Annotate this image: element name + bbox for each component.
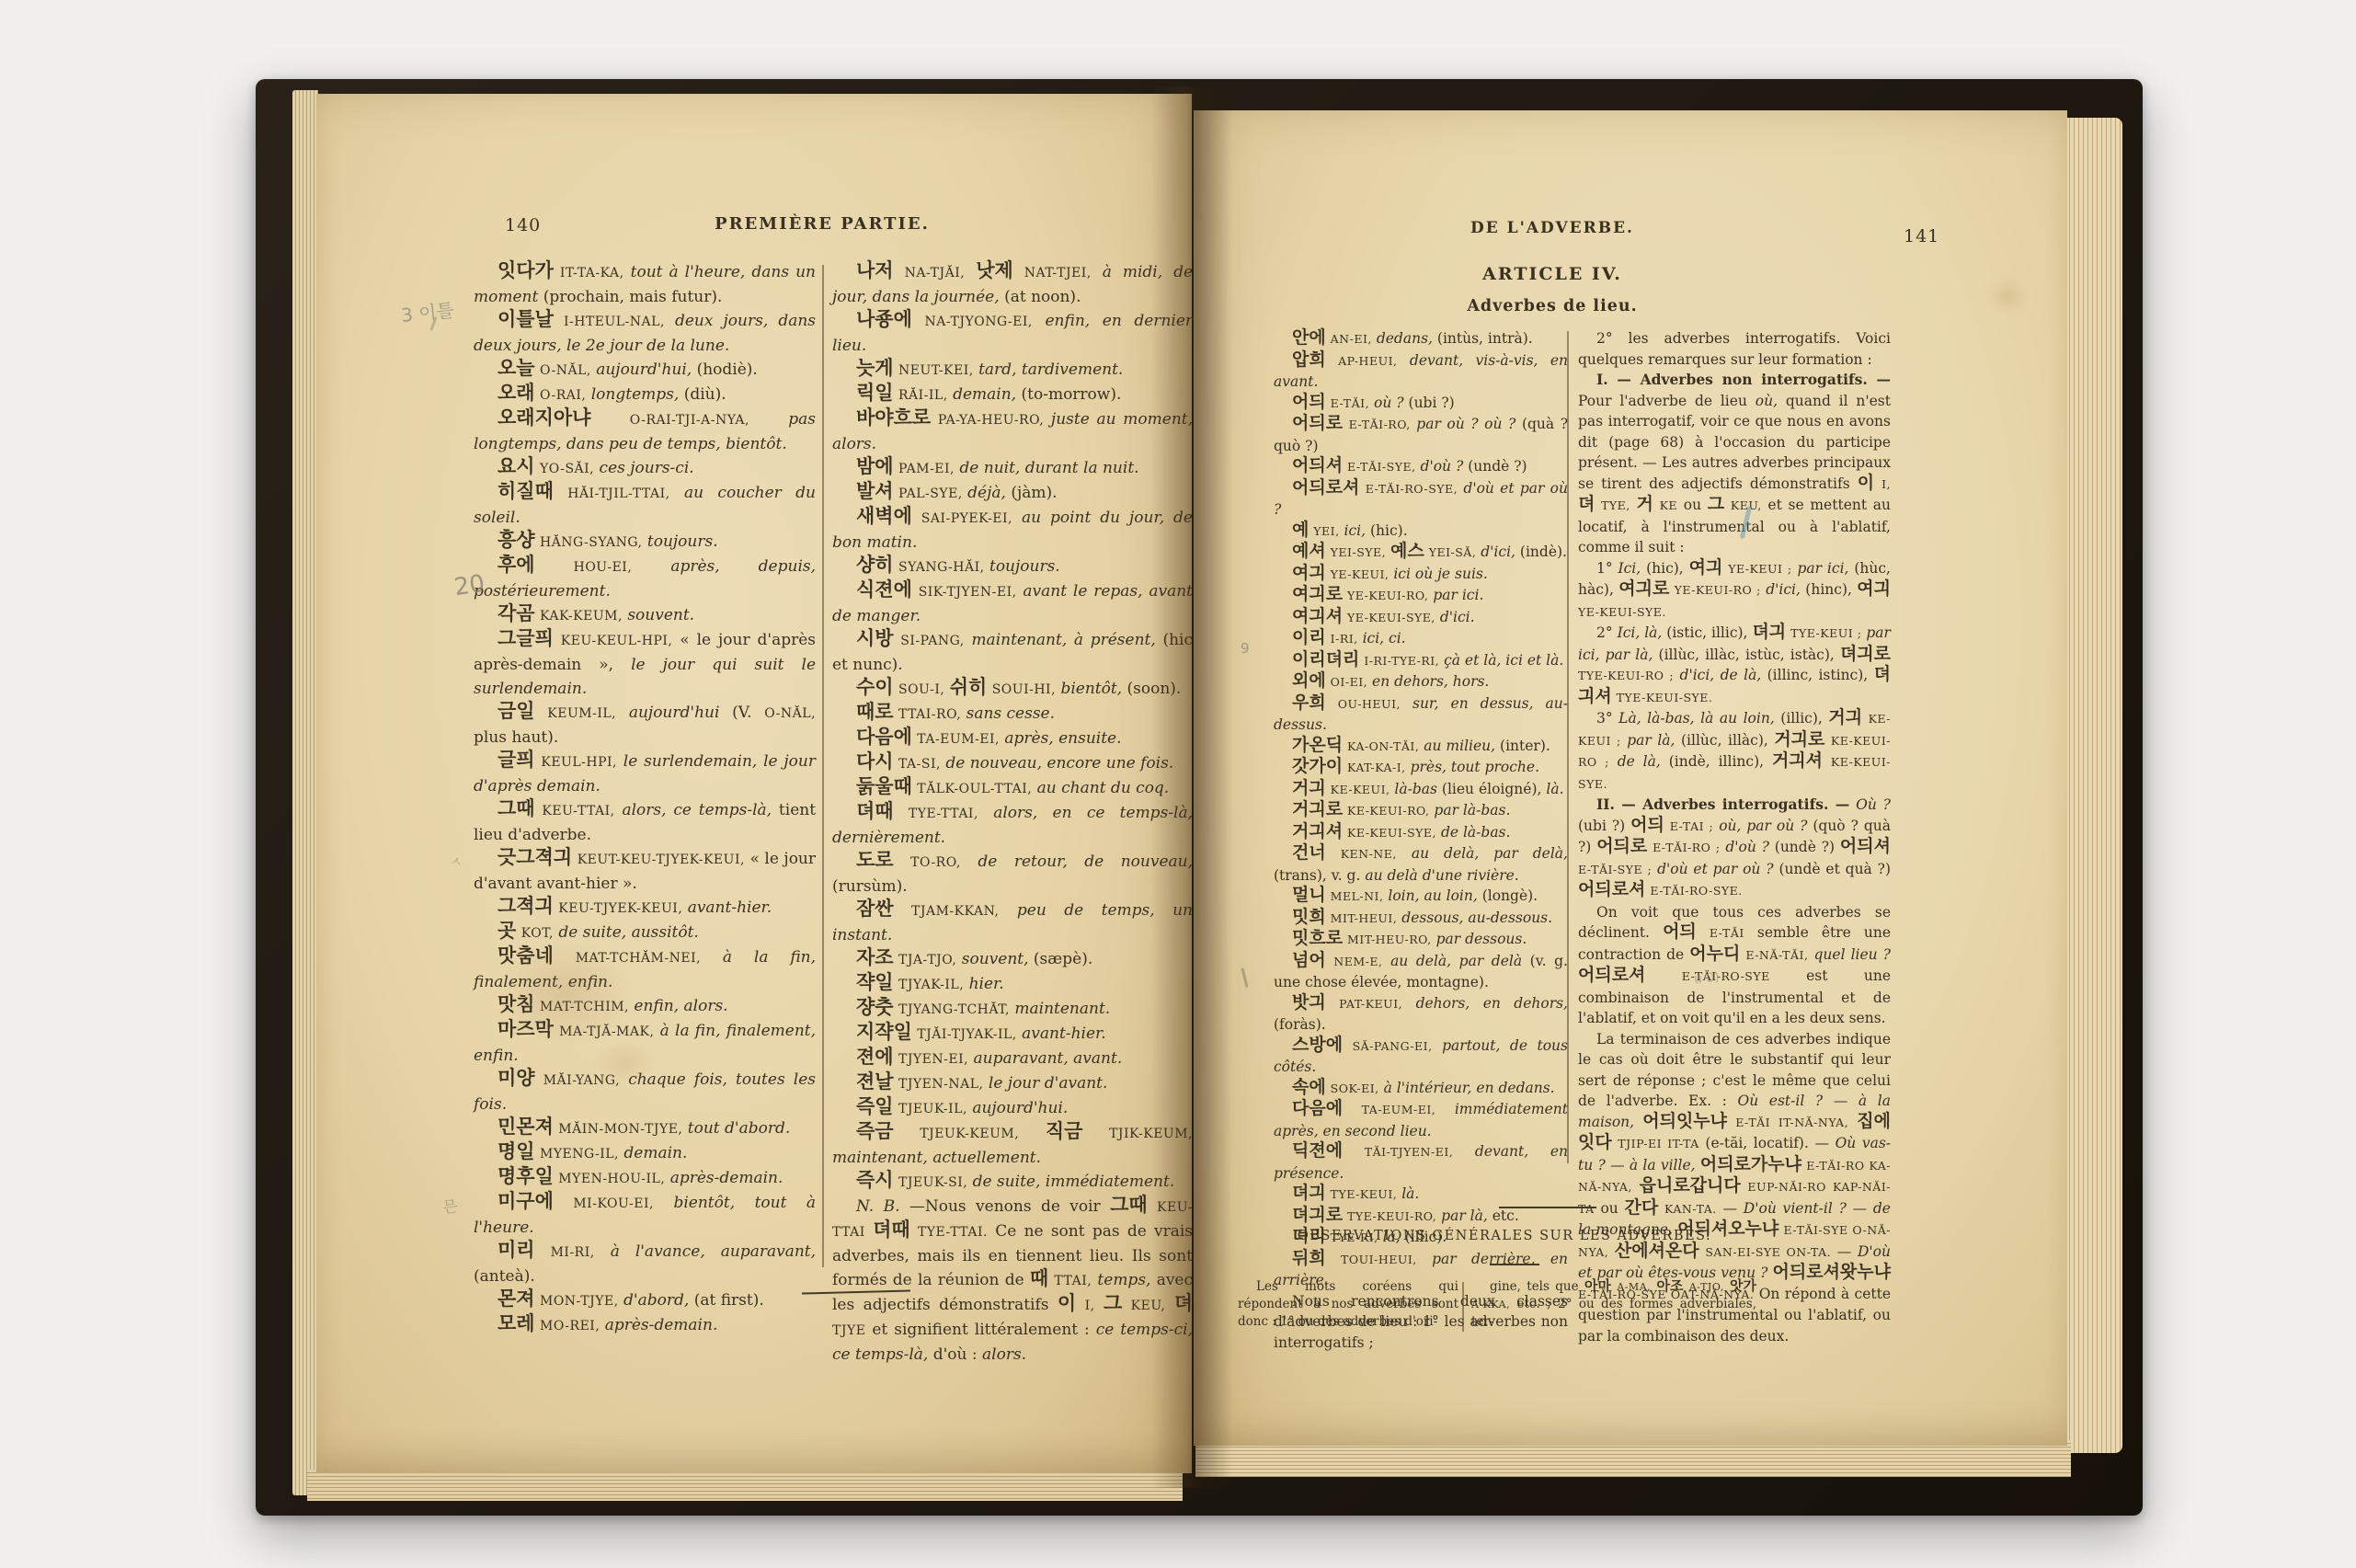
romanization: KEUM-IL, <box>547 706 616 721</box>
text-run: tout d'abord. <box>688 1119 790 1138</box>
page-edges-left <box>292 90 318 1495</box>
text-run: dehors, en dehors, <box>1416 995 1568 1012</box>
text-run: gine, tels que <box>1490 1279 1579 1294</box>
article-title: ARTICLE IV. <box>1276 264 1828 284</box>
romanization: TĂLK-OUL-TTAI, <box>917 782 1032 796</box>
korean-text: 어듸로 <box>1292 413 1343 433</box>
text-run: etc. <box>1493 1207 1519 1224</box>
text-run: par dessous. <box>1436 931 1527 947</box>
dictionary-entry: 릭일 RĂI-IL, demain, (to-morrow). <box>832 383 1193 407</box>
romanization: TA-SI, <box>898 757 941 772</box>
dictionary-entry: 딕젼에 TĂI-TJYEN-EI, devant, en présence. <box>1274 1141 1568 1184</box>
paragraph: gine, tels que 아마 A-MA, 아조 A-TJO, 앗가 A-K… <box>1471 1278 1756 1331</box>
romanization: TYE-KEUI, <box>1331 1187 1398 1201</box>
observations-top-rule <box>1499 1207 1596 1208</box>
right-running-title: DE L'ADVERBE. <box>1276 219 1828 237</box>
korean-text: 바야흐로 <box>856 406 931 429</box>
text-run: (foràs). <box>1274 1016 1326 1033</box>
romanization: MA-TJĂ-MAK, <box>559 1024 654 1039</box>
romanization: TOUI-HEUI, <box>1341 1253 1417 1266</box>
handwritten-annotation: 믄 <box>440 1193 459 1218</box>
text-run: là. <box>1401 1185 1419 1202</box>
romanization: TYE-KEUI-RO, <box>1347 1209 1436 1223</box>
paragraph: 1° Ici, (hic), 여긔 YE-KEUI ; par ici, (hù… <box>1578 558 1891 624</box>
text-run: ici, <box>1344 522 1367 539</box>
romanization: SOU-I, <box>898 682 944 697</box>
text-run: d'ici, <box>1766 581 1801 598</box>
korean-text: 즉시 <box>856 1169 894 1191</box>
dictionary-entry: 뎌때 TYE-TTAI, alors, en ce temps-là, dern… <box>832 801 1193 850</box>
korean-text: 둙울때 <box>856 775 912 797</box>
text-run: d'où et par où ? <box>1657 861 1774 877</box>
text-run: (diù). <box>684 385 726 404</box>
romanization: O-NĂL, <box>764 706 816 721</box>
dictionary-entry: 미양 MĂI-YANG, chaque fois, toutes les foi… <box>474 1068 816 1116</box>
dictionary-entry: 젼날 TJYEN-NAL, le jour d'avant. <box>832 1071 1193 1096</box>
text-run: (prochain, mais futur). <box>543 288 723 306</box>
dictionary-entry: 밤에 PAM-EI, de nuit, durant la nuit. <box>832 456 1193 481</box>
text-run: (illic), <box>1780 710 1823 727</box>
text-run: (indè, illinc), <box>1669 753 1764 770</box>
dictionary-entry: 뎌긔 TYE-KEUI, là. <box>1274 1184 1568 1206</box>
romanization: TJYANG-TCHĂT, <box>898 1002 1010 1017</box>
text-run: temps, <box>1097 1271 1150 1289</box>
dictionary-entry: 늣게 NEUT-KEI, tard, tardivement. <box>832 358 1193 383</box>
romanization: O-RAI-TJI-A-NYA, <box>630 413 749 428</box>
dictionary-entry: 즉금 TJEUK-KEUM, 직금 TJIK-KEUM, maintenant,… <box>832 1121 1193 1170</box>
korean-text: 발셔 <box>856 480 894 502</box>
text-run: par là, <box>1441 1207 1488 1224</box>
korean-text: 넘어 <box>1292 950 1326 970</box>
dictionary-entry: 맛춤네 MAT-TCHĂM-NEI, à la fin, finalement,… <box>474 945 816 994</box>
romanization: TA-EUM-EI, <box>1362 1103 1436 1116</box>
text-run: au chant du coq. <box>1037 779 1170 797</box>
dictionary-entry: 흥샹 HĂNG-SYANG, toujours. <box>474 530 816 555</box>
text-run: (lieu éloigné), <box>1442 781 1542 797</box>
dictionary-entry: 시방 SI-PANG, maintenant, à présent, (hic … <box>832 628 1193 677</box>
romanization: E-TAI ; <box>1670 819 1713 833</box>
romanization: YE-KEUI-RO ; <box>1675 583 1761 597</box>
romanization: KEU-TTAI, <box>542 804 614 818</box>
paragraph: I. — Adverbes non interrogatifs. — Pour … <box>1578 370 1891 558</box>
korean-text: 글픠 <box>498 749 535 771</box>
text-run: alors. <box>982 1345 1026 1364</box>
korean-text: 거긔로 <box>1774 729 1824 750</box>
korean-text: 릭일 <box>856 382 894 404</box>
romanization: TYE-TTAI, <box>909 807 978 821</box>
dictionary-entry: 잠싼 TJAM-KKAN, peu de temps, un instant. <box>832 898 1193 947</box>
dictionary-entry: 가온딕 KA-ON-TĂI, au milieu, (inter). <box>1274 736 1568 758</box>
text-run: 3° <box>1596 710 1613 727</box>
text-run: d'où : <box>933 1345 978 1364</box>
korean-text: 맛춤네 <box>498 944 554 967</box>
romanization: TYE-KEUI ; <box>1790 626 1861 640</box>
text-run: maintenant. <box>1014 1000 1110 1018</box>
text-run: longtemps, <box>591 385 680 404</box>
korean-text: 즉금 <box>856 1120 894 1142</box>
romanization: E-TĂI-SYE ; <box>1578 863 1652 876</box>
korean-text: 마즈막 <box>498 1018 554 1040</box>
right-page-column-1: 안에 AN-EI, dedans, (intùs, intrà). 압희 AP-… <box>1274 328 1568 1353</box>
korean-text: 뎌때 <box>856 800 894 822</box>
romanization: KEU, <box>1131 1299 1166 1313</box>
text-run: (to-morrow). <box>1022 385 1122 404</box>
text-run: aujourd'hui. <box>972 1099 1068 1117</box>
text-run: (e-tăi, locatif). — <box>1705 1135 1829 1151</box>
text-run: et signifient littéralement : <box>872 1321 1089 1339</box>
korean-text: 오늘 <box>498 357 535 379</box>
korean-text: 이리 <box>1292 627 1326 647</box>
dictionary-entry: 압희 AP-HEUI, devant, vis-à-vis, en avant. <box>1274 350 1568 393</box>
dictionary-entry: 어듸셔 E-TĂI-SYE, d'où ? (undè ?) <box>1274 456 1568 478</box>
text-run: au delà, par delà, <box>1412 845 1568 862</box>
korean-text: 여긔셔 <box>1292 606 1343 626</box>
romanization: E-TĂI-RO ; <box>1653 841 1720 854</box>
korean-text: 그때 <box>498 797 535 819</box>
dictionary-entry: 자조 TJA-TJO, souvent, (sæpè). <box>832 947 1193 972</box>
korean-text: 속에 <box>1292 1077 1326 1097</box>
text-run: (intùs, intrà). <box>1437 330 1533 347</box>
text-run: là-bas <box>1394 781 1437 797</box>
romanization: MAT-TCHĂM-NEI, <box>576 951 701 966</box>
text-run: ici, ci. <box>1363 630 1406 647</box>
korean-text: 어듸로셔 <box>1578 965 1645 985</box>
romanization: MO-REI, <box>540 1319 600 1333</box>
text-run: de suite, immédiatement. <box>973 1173 1175 1191</box>
text-run: N. B. <box>856 1197 899 1216</box>
romanization: E-NĂ-TĂI, <box>1745 948 1808 962</box>
dictionary-entry: 갓가이 KAT-KA-I, près, tout proche. <box>1274 757 1568 779</box>
romanization: TJYAK-IL, <box>898 978 964 992</box>
text-run: sans cesse. <box>966 704 1055 723</box>
romanization: E-TĂI IT-NĂ-NYA, <box>1735 1116 1848 1129</box>
korean-text: 어듸셔 <box>1840 836 1891 856</box>
text-run: près, tout proche. <box>1411 759 1539 775</box>
text-run: par là, <box>1627 732 1675 749</box>
text-run: ou <box>1684 497 1701 513</box>
romanization: E-TĂI <box>1710 926 1744 940</box>
romanization: KAK-KEUM, <box>540 609 623 624</box>
text-run: (undè et quà ?) <box>1778 861 1891 877</box>
text-run: Pour l'adverbe de lieu <box>1578 393 1747 409</box>
dictionary-entry: 각곰 KAK-KEUM, souvent. <box>474 603 816 628</box>
korean-text: 민몬져 <box>498 1116 554 1138</box>
article-subtitle: Adverbes de lieu. <box>1276 297 1828 315</box>
dictionary-entry: 다음에 TA-EUM-EI, immédiatement après, en s… <box>1274 1099 1568 1141</box>
korean-text: 그때 <box>1110 1194 1148 1216</box>
dictionary-entry: 넘어 NEM-E, au delà, par delà (v. g. une c… <box>1274 951 1568 993</box>
romanization: RĂI-IL, <box>898 388 948 403</box>
text-run: par ici. <box>1433 587 1483 603</box>
korean-text: 모레 <box>498 1312 535 1334</box>
text-run: au milieu, <box>1424 738 1495 754</box>
romanization: TJYE <box>832 1323 865 1338</box>
romanization: MYENG-IL, <box>540 1147 619 1162</box>
korean-text: 오래 <box>498 382 535 404</box>
text-run: d'abord, <box>623 1291 689 1310</box>
korean-text: 거긔셔 <box>1292 821 1343 841</box>
dictionary-entry: 밋흐로 MIT-HEU-RO, par dessous. <box>1274 929 1568 951</box>
text-run: après-demain. <box>605 1316 718 1334</box>
romanization: SĂ-PANG-EI, <box>1353 1039 1433 1053</box>
text-run: où, par où ? <box>1719 818 1807 834</box>
korean-text: 아조 <box>1656 1277 1683 1294</box>
romanization: IT-TA-KA, <box>560 266 624 280</box>
paragraph: Les mots coréens qui répondent à nos adv… <box>1238 1278 1458 1331</box>
text-run: demain, <box>953 385 1016 404</box>
romanization: PAT-KEUI, <box>1339 997 1402 1011</box>
text-run: (istic, illic), <box>1666 624 1747 641</box>
romanization: I, <box>1881 477 1891 491</box>
dictionary-entry: 명후일 MYEN-HOU-IL, après-demain. <box>474 1166 816 1191</box>
romanization: YE-KEUI, <box>1331 567 1390 581</box>
korean-text: 어듸로셔왓누냐 <box>1773 1262 1891 1282</box>
text-run: de nouveau, encore une fois. <box>945 754 1173 773</box>
dictionary-entry: 그때 KEU-TTAI, alors, ce temps-là, tient l… <box>474 798 816 847</box>
dictionary-entry: 예셔 YEI-SYE, 예스 YEI-SĂ, d'ici, (indè). <box>1274 542 1568 564</box>
dictionary-entry: 예 YEI, ici, (hic). <box>1274 521 1568 543</box>
text-run: toujours. <box>647 532 718 551</box>
handwritten-annotation: 3 이틀 <box>400 295 455 327</box>
dictionary-entry: 히질때 HĂI-TJIL-TTAI, au coucher du soleil. <box>474 481 816 530</box>
text-run: souvent. <box>627 606 694 624</box>
romanization: YE-KEUI-RO, <box>1347 589 1428 602</box>
text-run: (indè). <box>1520 544 1567 560</box>
text-run: de nuit, durant la nuit. <box>959 459 1138 477</box>
dictionary-entry: 즉일 TJEUK-IL, aujourd'hui. <box>832 1096 1193 1121</box>
text-run: à l'avance, auparavant, <box>611 1242 816 1261</box>
text-run: loin, au loin, <box>1388 887 1477 904</box>
left-page-column-1: 잇다가 IT-TA-KA, tout à l'heure, dans un mo… <box>474 260 816 1338</box>
text-run: maintenant, actuellement. <box>832 1149 1041 1167</box>
korean-text: 읍니로갑니다 <box>1640 1175 1741 1196</box>
observations-column-2: gine, tels que 아마 A-MA, 아조 A-TJO, 앗가 A-K… <box>1471 1278 1756 1331</box>
romanization: MAT-TCHIM, <box>540 1000 629 1014</box>
observations-sub-rule <box>1490 1264 1539 1265</box>
paragraph: 3° Là, là-bas, là au loin, (illic), 거긔 K… <box>1578 708 1891 795</box>
text-run: II. — Adverbes interrogatifs. — <box>1596 795 1849 813</box>
text-run: où ? <box>1374 395 1404 411</box>
korean-text: 시방 <box>856 627 894 649</box>
dictionary-entry: 곳 KOT, de suite, aussitôt. <box>474 921 816 945</box>
dictionary-entry: 이리뎌리 I-RI-TYE-RI, çà et là, ici et là. <box>1274 650 1568 672</box>
text-run: alors, ce temps-là, <box>622 801 772 819</box>
korean-text: 잠싼 <box>856 898 894 920</box>
text-run: demain. <box>623 1144 687 1162</box>
page-edges-right <box>2065 118 2122 1453</box>
korean-text: 때 <box>1030 1267 1048 1289</box>
dictionary-entry: 어듸 E-TĂI, où ? (ubi ?) <box>1274 393 1568 415</box>
text-run: bientôt, <box>1060 680 1122 698</box>
text-run: (hic), <box>1646 560 1684 577</box>
dictionary-entry: 오늘 O-NĂL, aujourd'hui, (hodiè). <box>474 358 816 383</box>
romanization: KOT, <box>521 926 554 941</box>
romanization: O-NĂL, <box>540 363 591 378</box>
korean-text: 그글픠 <box>498 627 554 649</box>
right-page-column-2: 2° les adverbes interrogatifs. Voici que… <box>1578 328 1891 1346</box>
text-run: souvent, <box>962 950 1029 968</box>
text-run: par là-bas. <box>1434 802 1510 818</box>
korean-text: 수이 <box>856 676 894 698</box>
dictionary-entry: 외에 OI-EI, en dehors, hors. <box>1274 671 1568 693</box>
romanization: MON-TJYE, <box>540 1294 619 1309</box>
korean-text: 뎌 <box>1578 494 1595 514</box>
text-run: après-demain. <box>670 1169 783 1187</box>
korean-text: 거긔로 <box>1292 799 1343 819</box>
dictionary-entry: 쟝춧 TJYANG-TCHĂT, maintenant. <box>832 997 1193 1022</box>
romanization: SI-PANG, <box>900 634 964 648</box>
text-run: (illùc, illàc, istùc, istàc), <box>1659 647 1835 663</box>
romanization: SYANG-HĂI, <box>898 560 985 575</box>
text-run: au delà d'une rivière. <box>1365 867 1518 884</box>
romanization: KAT-KA-I, <box>1347 761 1406 774</box>
book-photo-scene: 140 PREMIÈRE PARTIE. 잇다가 IT-TA-KA, tout … <box>0 0 2356 1568</box>
dictionary-entry: 때로 TTAI-RO, sans cesse. <box>832 702 1193 727</box>
text-run: d'ici. <box>1440 609 1475 625</box>
korean-text: 가온딕 <box>1292 735 1343 755</box>
korean-text: 뎌긔로 <box>1292 1205 1343 1225</box>
korean-text: 외에 <box>1292 670 1326 691</box>
dictionary-entry: 그젹긔 KEU-TJYEK-KEUI, avant-hier. <box>474 896 816 921</box>
romanization: I-HTEUL-NAL, <box>564 315 665 329</box>
romanization: MĂIN-MON-TJYE, <box>558 1122 682 1137</box>
dictionary-entry: 우희 OU-HEUI, sur, en dessus, au-dessus. <box>1274 693 1568 736</box>
dictionary-entry: 맛침 MAT-TCHIM, enfin, alors. <box>474 994 816 1019</box>
romanization: AP-HEUI, <box>1338 354 1397 368</box>
text-run: avant-hier. <box>1022 1024 1106 1043</box>
left-running-title: PREMIÈRE PARTIE. <box>473 214 1172 234</box>
dictionary-entry: 멀니 MEL-NI, loin, au loin, (longè). <box>1274 886 1568 908</box>
text-run: (ubi ?) <box>1578 818 1625 834</box>
romanization: MI-RI, <box>551 1245 595 1260</box>
romanization: KEU-TJYEK-KEUI, <box>558 901 682 916</box>
romanization: PAL-SYE, <box>898 486 963 501</box>
text-run: toujours. <box>989 557 1060 576</box>
dictionary-entry: 이리 I-RI, ici, ci. <box>1274 628 1568 650</box>
dictionary-entry: 지쟉일 TJĂI-TJYAK-IL, avant-hier. <box>832 1022 1193 1047</box>
romanization: TJAM-KKAN, <box>911 904 999 919</box>
dictionary-entry: 샹히 SYANG-HĂI, toujours. <box>832 555 1193 579</box>
korean-text: 뒤희 <box>1292 1248 1326 1268</box>
text-run: de là-bas. <box>1441 824 1511 841</box>
observations-heading: OBSERVATIONS GÉNÉRALES SUR LES ADVERBES. <box>1238 1229 1771 1243</box>
korean-text: 갓가이 <box>1292 756 1343 776</box>
text-run: (sæpè). <box>1034 950 1092 968</box>
korean-text: 아마 <box>1584 1277 1611 1294</box>
korean-text: 어듸로가누냐 <box>1700 1154 1801 1174</box>
korean-text: 안에 <box>1292 327 1326 348</box>
text-run: Ici, là, <box>1618 624 1663 641</box>
romanization: NA-TJĂI, <box>905 266 966 280</box>
romanization: TYE-KEUI-RO ; <box>1578 669 1674 682</box>
korean-text: 히질때 <box>498 480 554 502</box>
korean-text: 후에 <box>498 554 535 576</box>
korean-text: 밋흐로 <box>1292 928 1343 948</box>
dictionary-entry: 그글픠 KEU-KEUL-HPI, « le jour d'après aprè… <box>474 628 816 701</box>
dictionary-entry: 도로 TO-RO, de retour, de nouveau, (rursùm… <box>832 850 1193 898</box>
romanization: MYEN-HOU-IL, <box>558 1172 665 1186</box>
handwritten-annotation: 20 <box>452 570 486 601</box>
right-column-divider <box>1567 331 1569 1163</box>
romanization: KE-KEUI, <box>1331 783 1390 796</box>
romanization: TTAI, <box>1054 1274 1092 1288</box>
dictionary-entry: 거긔 KE-KEUI, là-bas (lieu éloigné), là. <box>1274 779 1568 801</box>
text-run: (rursùm). <box>832 877 908 896</box>
paragraph: On voit que tous ces adverbes se décline… <box>1578 902 1891 1029</box>
romanization: SOK-EI, <box>1331 1082 1379 1095</box>
text-run: Ici, <box>1618 560 1641 577</box>
korean-text: 때로 <box>856 701 894 723</box>
korean-text: 샹히 <box>856 554 894 576</box>
text-run: aujourd'hui <box>629 704 720 722</box>
korean-text: 나죵에 <box>856 308 912 330</box>
romanization: TJEUK-SI, <box>898 1175 967 1190</box>
korean-text: 그젹긔 <box>498 895 554 917</box>
dictionary-entry: 요시 YO-SĂI, ces jours-ci. <box>474 456 816 481</box>
romanization: KE-KEUI-SYE, <box>1347 826 1436 840</box>
dictionary-entry: 이틀날 I-HTEUL-NAL, deux jours, dans deux j… <box>474 309 816 358</box>
text-run: ici où je suis. <box>1393 566 1487 582</box>
romanization: YEI, <box>1313 524 1339 538</box>
korean-text: 도로 <box>856 849 894 871</box>
dictionary-entry: 오래지아냐 O-RAI-TJI-A-NYA, pas longtemps, da… <box>474 407 816 456</box>
romanization: E-TĂI-RO, <box>1349 418 1411 431</box>
dictionary-entry: 민몬져 MĂIN-MON-TJYE, tout d'abord. <box>474 1116 816 1141</box>
dictionary-entry: 뎌긔로 TYE-KEUI-RO, par là, etc. <box>1274 1206 1568 1228</box>
korean-text: 맛침 <box>498 993 535 1015</box>
korean-text: 거긔 <box>1828 707 1862 727</box>
romanization: A-KKA, <box>1471 1299 1510 1310</box>
romanization: TJEUK-IL, <box>898 1102 967 1116</box>
text-run: à l'intérieur, en dedans. <box>1384 1080 1555 1096</box>
korean-text: 스방에 <box>1292 1035 1343 1055</box>
korean-text: 뎌때 <box>873 1219 910 1241</box>
dictionary-entry: 금일 KEUM-IL, aujourd'hui (V. O-NĂL, plus … <box>474 701 816 750</box>
text-run: —Nous venons de voir <box>909 1197 1101 1216</box>
dictionary-entry: 발셔 PAL-SYE, déjà, (jàm). <box>832 481 1193 506</box>
handwritten-annotation: u 0) <box>1693 970 1720 987</box>
korean-text: 오래지아냐 <box>498 406 590 429</box>
text-run: — <box>1723 1200 1738 1217</box>
korean-text: 거긔셔 <box>1772 750 1823 771</box>
romanization: TYE-TTAI. <box>918 1225 988 1240</box>
page-edges-bottom-left <box>307 1470 1183 1501</box>
korean-text: 여긔 <box>1292 563 1326 583</box>
text-run: etc. ; 2° ou des formes adverbiales, ter… <box>1471 1297 1756 1329</box>
romanization: KEUL-HPI, <box>541 755 617 770</box>
romanization: KEU-KEUL-HPI, <box>561 634 673 648</box>
romanization: E-TĂI-SYE, <box>1347 460 1416 474</box>
text-run: maintenant, à présent, <box>971 631 1155 649</box>
text-run: ces jours-ci. <box>600 459 694 477</box>
korean-text: 그 <box>1104 1292 1122 1314</box>
romanization: KA-ON-TĂI, <box>1347 739 1419 753</box>
dictionary-entry: 식젼에 SIK-TJYEN-EI, avant le repas, avant … <box>832 579 1193 628</box>
korean-text: 식젼에 <box>856 578 912 601</box>
korean-text: 긋그젹긔 <box>498 846 572 868</box>
dictionary-entry: 여긔로 YE-KEUI-RO, par ici. <box>1274 585 1568 607</box>
korean-text: 각곰 <box>498 602 535 624</box>
romanization: TA-EUM-EI, <box>917 732 1000 747</box>
text-run: d'où ? <box>1421 458 1464 475</box>
dictionary-entry: 둙울때 TĂLK-OUL-TTAI, au chant du coq. <box>832 776 1193 801</box>
romanization: YE-KEUI-SYE. <box>1578 605 1666 619</box>
korean-text: 어듸로 <box>1596 836 1647 856</box>
korean-text: 새벽에 <box>856 505 912 527</box>
romanization: MI-KOU-EI, <box>573 1196 654 1211</box>
korean-text: 뎌 <box>1174 1292 1193 1314</box>
text-run: plus haut). <box>474 728 558 747</box>
